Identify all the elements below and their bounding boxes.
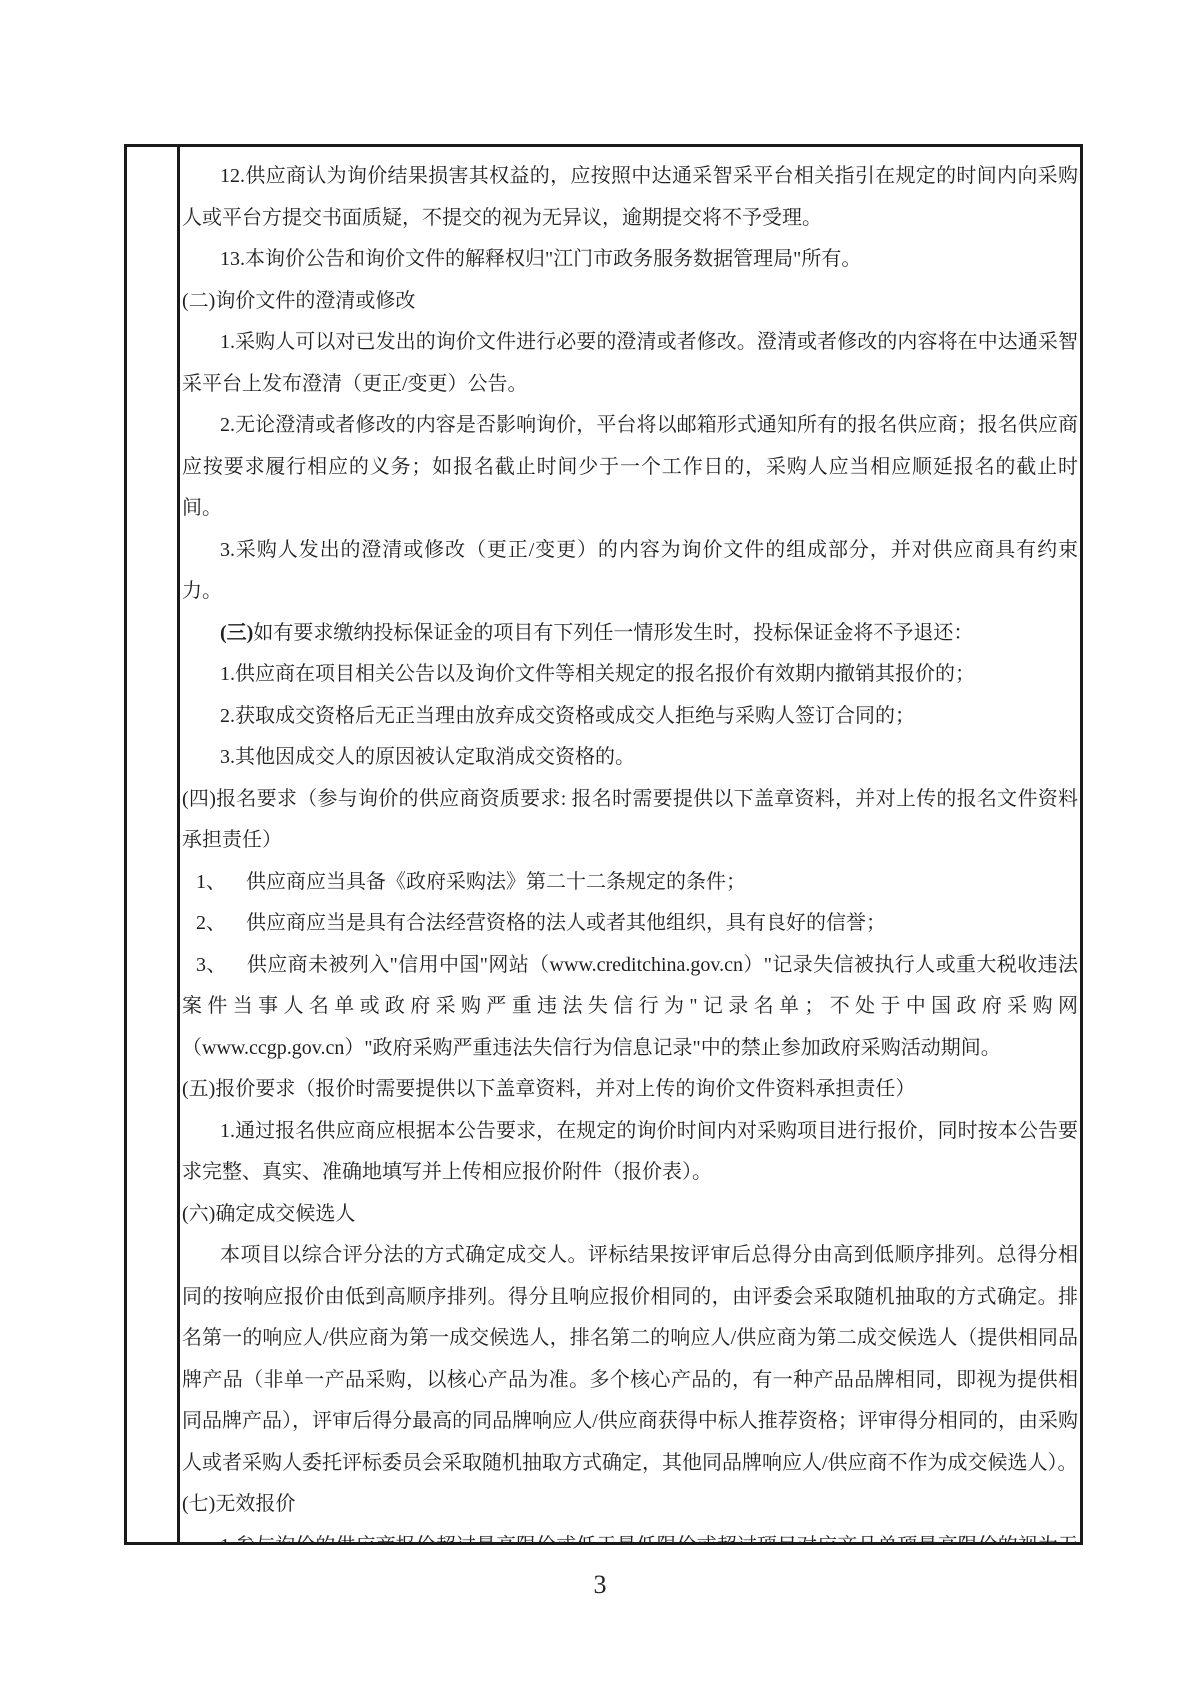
section-3-label: (三): [220, 622, 253, 644]
item-1-marker: 1、: [196, 871, 226, 893]
clause-3-3: 3.其他因成交人的原因被认定取消成交资格的。: [182, 737, 1078, 779]
item-2-text: 供应商应当是具有合法经营资格的法人或者其他组织，具有良好的信誉；: [246, 912, 886, 934]
item-3-text: 供应商未被列入"信用中国"网站（www.creditchina.gov.cn）"…: [182, 954, 1078, 1059]
requirement-item-2: 2、供应商应当是具有合法经营资格的法人或者其他组织，具有良好的信誉；: [182, 903, 1078, 945]
section-heading-4: (四)报名要求（参与询价的供应商资质要求: 报名时需要提供以下盖章资料，并对上传…: [182, 779, 1078, 862]
clause-3-1: 1.供应商在项目相关公告以及询价文件等相关规定的报名报价有效期内撤销其报价的；: [182, 654, 1078, 696]
section-heading-2: (二)询价文件的澄清或修改: [182, 281, 1078, 323]
item-3-marker: 3、: [196, 954, 227, 976]
section-heading-6: (六)确定成交候选人: [182, 1194, 1078, 1236]
requirement-item-3: 3、供应商未被列入"信用中国"网站（www.creditchina.gov.cn…: [182, 945, 1078, 1070]
item-2-marker: 2、: [196, 912, 226, 934]
section-heading-5: (五)报价要求（报价时需要提供以下盖章资料，并对上传的询价文件资料承担责任）: [182, 1069, 1078, 1111]
clause-2-2: 2.无论澄清或者修改的内容是否影响询价，平台将以邮箱形式通知所有的报名供应商；报…: [182, 405, 1078, 530]
table-content-cell: 12.供应商认为询价结果损害其权益的，应按照中达通采智采平台相关指引在规定的时间…: [180, 147, 1080, 1542]
clause-5-1: 1.通过报名供应商应根据本公告要求，在规定的询价时间内对采购项目进行报价，同时按…: [182, 1111, 1078, 1194]
section-3-text: 如有要求缴纳投标保证金的项目有下列任一情形发生时，投标保证金将不予退还：: [253, 622, 973, 644]
section-heading-3: (三)如有要求缴纳投标保证金的项目有下列任一情形发生时，投标保证金将不予退还：: [182, 613, 1078, 655]
document-table: 12.供应商认为询价结果损害其权益的，应按照中达通采智采平台相关指引在规定的时间…: [124, 144, 1083, 1545]
table-left-cell: [127, 147, 180, 1542]
section-heading-7: (七)无效报价: [182, 1484, 1078, 1526]
clause-3-2: 2.获取成交资格后无正当理由放弃成交资格或成交人拒绝与采购人签订合同的；: [182, 696, 1078, 738]
clause-6-body: 本项目以综合评分法的方式确定成交人。评标结果按评审后总得分由高到低顺序排列。总得…: [182, 1235, 1078, 1484]
clause-2-1: 1.采购人可以对已发出的询价文件进行必要的澄清或者修改。澄清或者修改的内容将在中…: [182, 322, 1078, 405]
clause-7-1: 1.参与询价的供应商报价超过最高限价或低于最低限价或超过项目对应产品单项最高限价…: [182, 1526, 1078, 1543]
requirement-item-1: 1、供应商应当具备《政府采购法》第二十二条规定的条件；: [182, 862, 1078, 904]
item-1-text: 供应商应当具备《政府采购法》第二十二条规定的条件；: [246, 871, 746, 893]
page-number: 3: [0, 1570, 1200, 1600]
clause-2-3: 3.采购人发出的澄清或修改（更正/变更）的内容为询价文件的组成部分，并对供应商具…: [182, 530, 1078, 613]
clause-12: 12.供应商认为询价结果损害其权益的，应按照中达通采智采平台相关指引在规定的时间…: [182, 156, 1078, 239]
clause-13: 13.本询价公告和询价文件的解释权归"江门市政务服务数据管理局"所有。: [182, 239, 1078, 281]
document-page: 12.供应商认为询价结果损害其权益的，应按照中达通采智采平台相关指引在规定的时间…: [0, 0, 1200, 1696]
